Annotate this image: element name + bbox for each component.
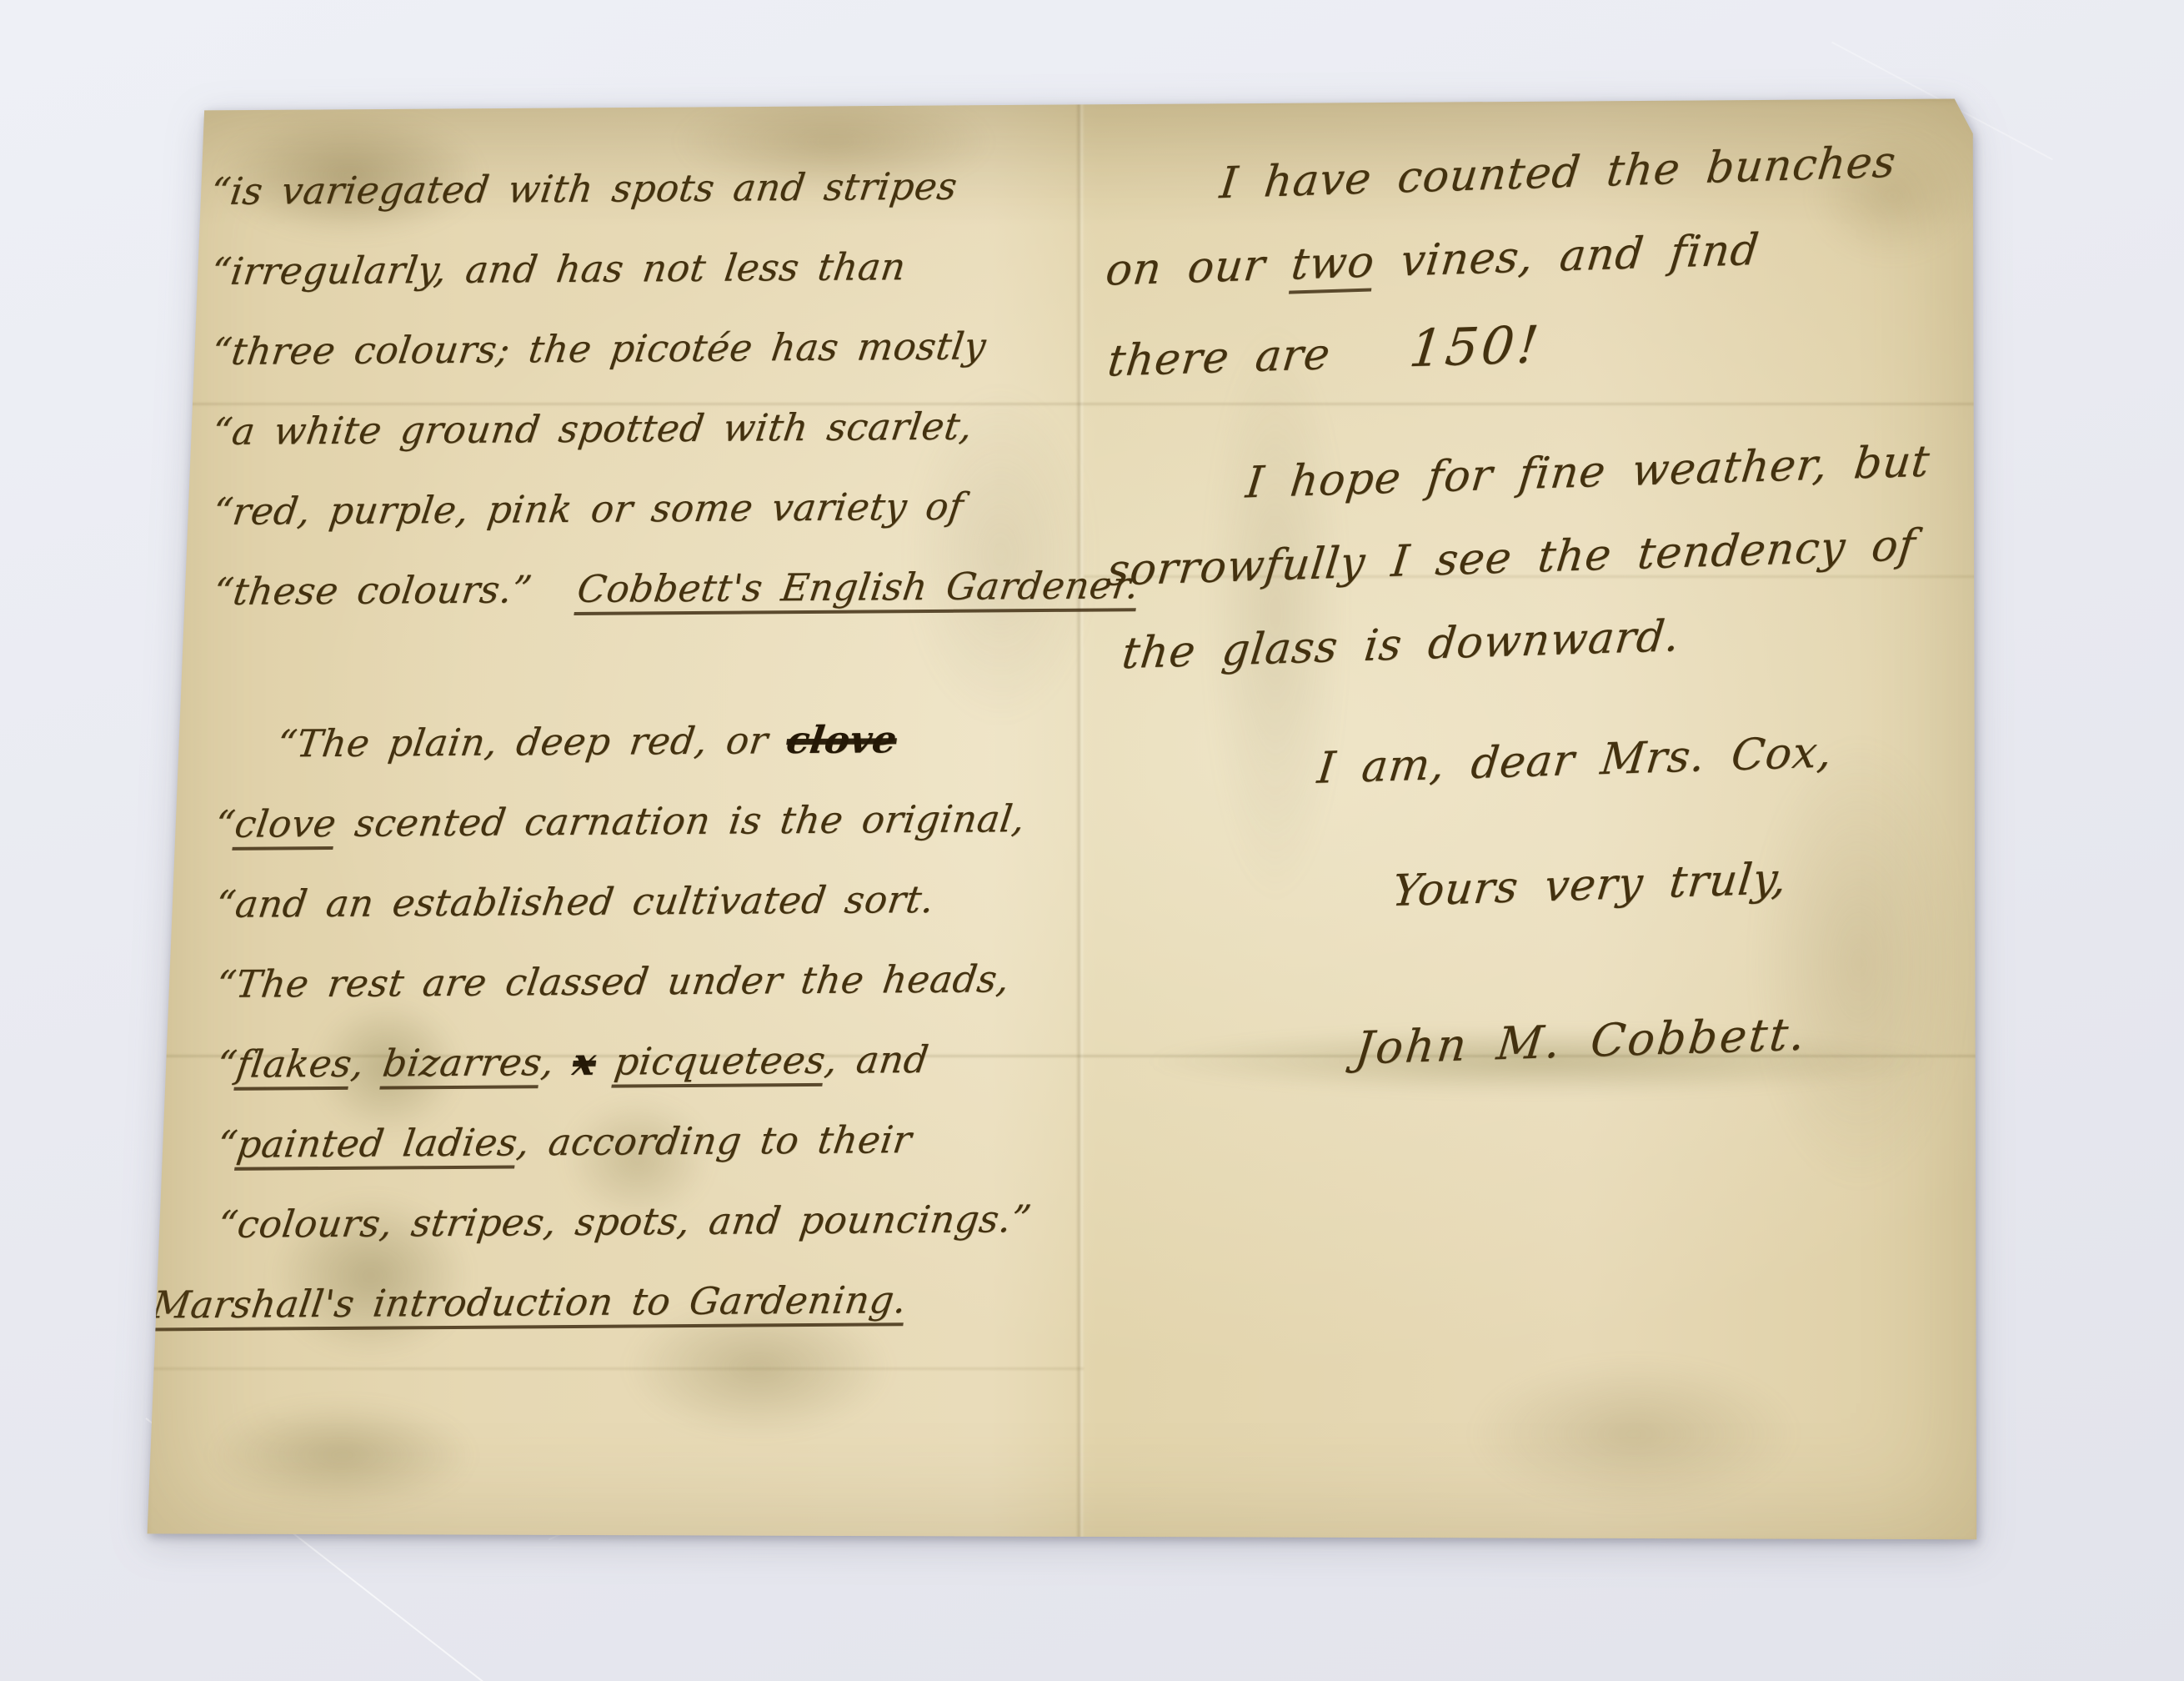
- manuscript-line: “a white ground spotted with scarlet,: [205, 403, 1166, 489]
- stain: [158, 1380, 525, 1530]
- manuscript-line: “these colours.”Cobbett's English Garden…: [206, 563, 1167, 650]
- fold-crease: [142, 1367, 1084, 1370]
- handwritten-text: I am, dear Mrs. Cox,: [1315, 727, 1836, 794]
- handwritten-text: scented carnation is the original,: [333, 796, 1028, 846]
- underlined-phrase: Cobbett's English Gardener.: [574, 563, 1142, 615]
- underlined-phrase: two: [1288, 237, 1377, 294]
- underlined-phrase: painted ladies: [233, 1120, 520, 1170]
- underlined-phrase: bizarres: [379, 1040, 544, 1089]
- manuscript-line: “three colours; the picotée has mostly: [204, 323, 1165, 409]
- photo-backdrop: “is variegated with spots and stripes“ir…: [0, 0, 2184, 1681]
- manuscript-line: “red, purple, pink or some variety of: [206, 483, 1167, 570]
- manuscript-line: “painted ladies, according to their: [210, 1116, 1171, 1202]
- handwritten-text: “these colours.”: [211, 567, 534, 614]
- manuscript-line: “irregularly, and has not less than: [204, 243, 1165, 329]
- handwritten-text: Yours very truly,: [1390, 854, 1790, 916]
- stain: [1409, 1330, 1859, 1538]
- manuscript-line: “flakes, bizarres, x picquetees, and: [209, 1036, 1170, 1122]
- underlined-phrase: flakes: [233, 1041, 355, 1091]
- manuscript-line: “The plain, deep red, or clove: [270, 715, 1169, 802]
- handwritten-text: “colours, stripes, spots, and pouncings.…: [215, 1197, 1034, 1247]
- underlined-phrase: Marshall's introduction to Gardening.: [148, 1277, 909, 1331]
- manuscript-line: Marshall's introduction to Gardening.: [144, 1276, 1172, 1363]
- underlined-phrase: clove: [232, 801, 339, 851]
- manuscript-line: “and an established cultivated sort.: [208, 876, 1170, 962]
- letter-sheet: “is variegated with spots and stripes“ir…: [142, 96, 1984, 1547]
- manuscript-line: John M. Cobbett.: [1350, 1001, 1984, 1106]
- handwritten-text: there are: [1105, 329, 1333, 387]
- letter-sheet-wrapper: “is variegated with spots and stripes“ir…: [0, 0, 2184, 1681]
- manuscript-line: “colours, stripes, spots, and pouncings.…: [211, 1196, 1172, 1282]
- handwritten-text: “three colours; the picotée has mostly: [209, 324, 989, 374]
- letter-page-left: “is variegated with spots and stripes“ir…: [208, 163, 1167, 1362]
- handwritten-text: I hope for fine weather, but: [1244, 436, 1933, 508]
- handwriting-gap: [1329, 366, 1408, 369]
- handwritten-text: , and: [822, 1037, 931, 1082]
- signature-text: John M. Cobbett.: [1353, 1007, 1811, 1074]
- handwritten-text: “is variegated with spots and stripes: [208, 164, 960, 213]
- handwritten-text: “irregularly, and has not less than: [208, 244, 909, 294]
- manuscript-line: “The rest are classed under the heads,: [209, 956, 1170, 1042]
- handwritten-text: “a white ground spotted with scarlet,: [210, 404, 975, 454]
- handwritten-text: on our: [1104, 239, 1295, 295]
- handwritten-text: , according to their: [514, 1117, 914, 1164]
- handwritten-text: “The rest are classed under the heads,: [213, 956, 1012, 1006]
- crossed-out-word: clove: [784, 717, 899, 762]
- handwritten-text: 150!: [1406, 315, 1544, 379]
- handwritten-text: I have counted the bunches: [1217, 138, 1898, 209]
- manuscript-line: “is variegated with spots and stripes: [203, 163, 1165, 249]
- underlined-phrase: picquetees: [612, 1038, 829, 1088]
- handwritten-text: “and an established cultivated sort.: [213, 877, 937, 926]
- manuscript-line: I am, dear Mrs. Cox,: [1311, 722, 1984, 827]
- handwritten-text: “red, purple, pink or some variety of: [210, 484, 966, 534]
- letter-page-right: I have counted the buncheson our two vin…: [1092, 134, 1984, 1112]
- handwritten-text: “The plain, deep red, or: [274, 718, 789, 765]
- manuscript-line: “clove scented carnation is the original…: [208, 795, 1169, 882]
- manuscript-line: Yours very truly,: [1386, 847, 1984, 951]
